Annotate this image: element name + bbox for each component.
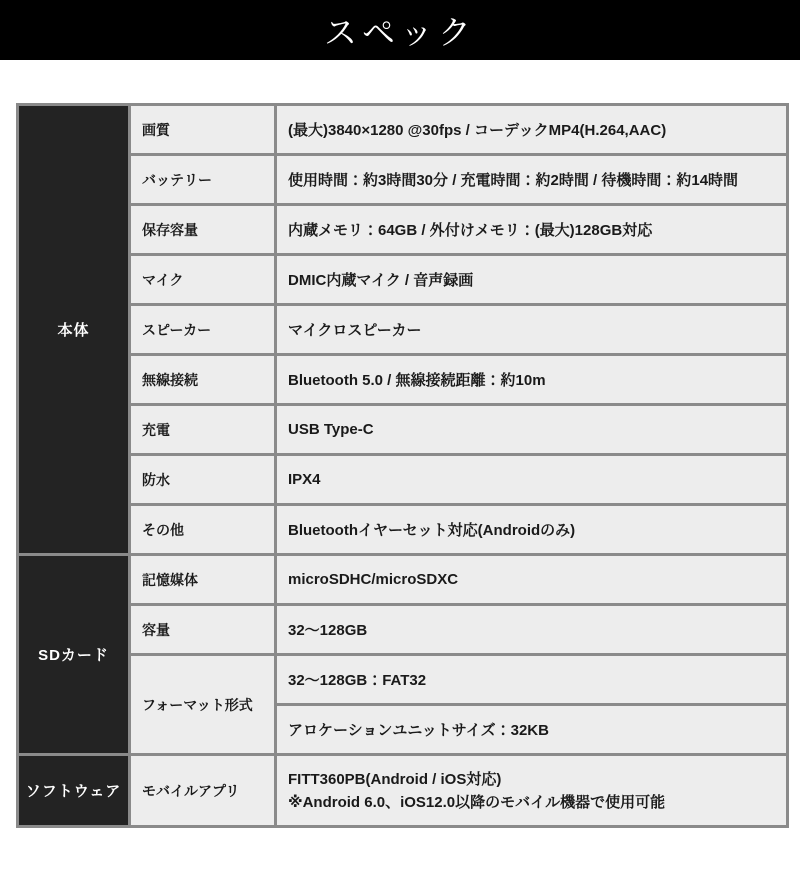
spec-value-capacity: 32〜128GB	[276, 605, 788, 655]
table-row: 無線接続 Bluetooth 5.0 / 無線接続距離：約10m	[18, 355, 788, 405]
spec-label-charging: 充電	[130, 405, 276, 455]
spec-label-battery: バッテリー	[130, 155, 276, 205]
spec-table: 本体 画質 (最大)3840×1280 @30fps / コーデックMP4(H.…	[16, 103, 789, 828]
spec-value-mic: DMIC内蔵マイク / 音声録画	[276, 255, 788, 305]
spec-value-mobile-app-line1: FITT360PB(Android / iOS対応)	[288, 768, 778, 791]
table-row: バッテリー 使用時間：約3時間30分 / 充電時間：約2時間 / 待機時間：約1…	[18, 155, 788, 205]
spec-value-other: Bluetoothイヤーセット対応(Androidのみ)	[276, 505, 788, 555]
table-row: 本体 画質 (最大)3840×1280 @30fps / コーデックMP4(H.…	[18, 105, 788, 155]
spec-label-mic: マイク	[130, 255, 276, 305]
spec-label-speaker: スピーカー	[130, 305, 276, 355]
table-row: マイク DMIC内蔵マイク / 音声録画	[18, 255, 788, 305]
spec-value-battery: 使用時間：約3時間30分 / 充電時間：約2時間 / 待機時間：約14時間	[276, 155, 788, 205]
spec-table-container: 本体 画質 (最大)3840×1280 @30fps / コーデックMP4(H.…	[16, 103, 786, 828]
table-row: 容量 32〜128GB	[18, 605, 788, 655]
page-title: スペック	[324, 7, 476, 54]
spec-label-format: フォーマット形式	[130, 655, 276, 755]
table-row: フォーマット形式 32〜128GB：FAT32	[18, 655, 788, 705]
spec-value-storage: 内蔵メモリ：64GB / 外付けメモリ：(最大)128GB対応	[276, 205, 788, 255]
spec-label-media: 記憶媒体	[130, 555, 276, 605]
spec-value-charging: USB Type-C	[276, 405, 788, 455]
category-cell-software: ソフトウェア	[18, 755, 130, 827]
table-row: 保存容量 内蔵メモリ：64GB / 外付けメモリ：(最大)128GB対応	[18, 205, 788, 255]
table-row: SDカード 記憶媒体 microSDHC/microSDXC	[18, 555, 788, 605]
spec-value-waterproof: IPX4	[276, 455, 788, 505]
spec-label-waterproof: 防水	[130, 455, 276, 505]
spec-value-format-allocation: アロケーションユニットサイズ：32KB	[276, 705, 788, 755]
table-row: 充電 USB Type-C	[18, 405, 788, 455]
table-row: 防水 IPX4	[18, 455, 788, 505]
category-cell-sdcard: SDカード	[18, 555, 130, 755]
table-row: その他 Bluetoothイヤーセット対応(Androidのみ)	[18, 505, 788, 555]
spec-label-mobile-app: モバイルアプリ	[130, 755, 276, 827]
spec-value-mobile-app-line2: ※Android 6.0、iOS12.0以降のモバイル機器で使用可能	[288, 791, 778, 814]
spec-value-wireless: Bluetooth 5.0 / 無線接続距離：約10m	[276, 355, 788, 405]
spec-value-speaker: マイクロスピーカー	[276, 305, 788, 355]
category-cell-body: 本体	[18, 105, 130, 555]
spec-value-mobile-app: FITT360PB(Android / iOS対応) ※Android 6.0、…	[276, 755, 788, 827]
spec-value-image-quality: (最大)3840×1280 @30fps / コーデックMP4(H.264,AA…	[276, 105, 788, 155]
spec-value-media: microSDHC/microSDXC	[276, 555, 788, 605]
spec-label-storage: 保存容量	[130, 205, 276, 255]
page-header: スペック	[0, 0, 800, 60]
spec-label-other: その他	[130, 505, 276, 555]
table-row: スピーカー マイクロスピーカー	[18, 305, 788, 355]
spec-label-wireless: 無線接続	[130, 355, 276, 405]
spec-value-format-fat32: 32〜128GB：FAT32	[276, 655, 788, 705]
spec-label-image-quality: 画質	[130, 105, 276, 155]
spec-label-capacity: 容量	[130, 605, 276, 655]
table-row: ソフトウェア モバイルアプリ FITT360PB(Android / iOS対応…	[18, 755, 788, 827]
